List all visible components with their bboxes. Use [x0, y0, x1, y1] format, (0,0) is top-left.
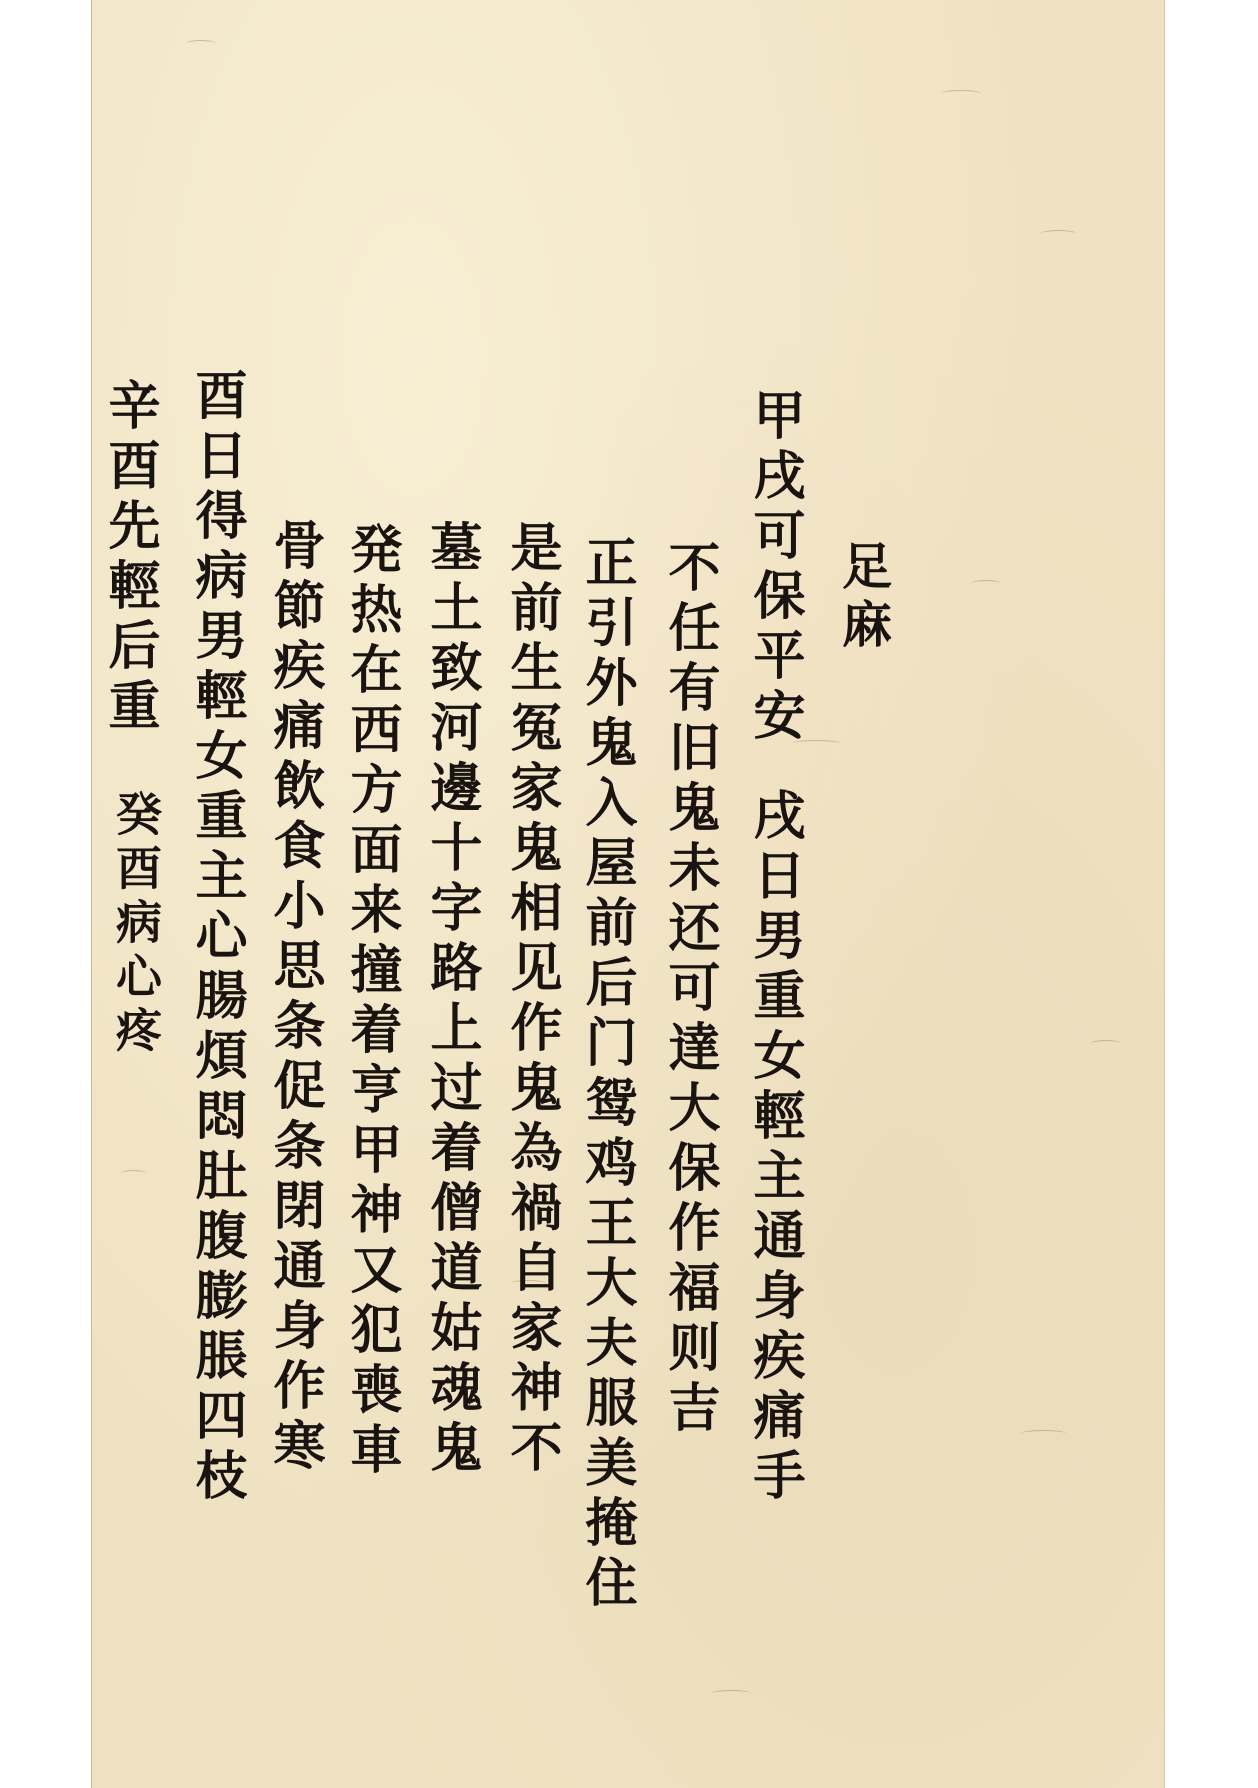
- paper-fiber: [121, 1170, 146, 1177]
- text-column-1: 甲戌可保平安戌日男重女輕主通身疾痛手: [748, 388, 800, 1508]
- column-text: 不任有旧鬼未还可達大保作福则吉: [659, 540, 720, 1440]
- paper-fiber: [971, 580, 1001, 587]
- column-text: 墓土致河邊十字路上过着僧道姑魂鬼: [421, 520, 482, 1480]
- column-text: 是前生冤家鬼相见作鬼為禍自家神不: [501, 520, 562, 1480]
- heading-text: 足麻: [834, 540, 893, 656]
- paper-fiber: [711, 1690, 751, 1697]
- column-text: 発热在西方面来撞着亨甲神又犯喪車: [341, 522, 402, 1482]
- column-text: 甲戌可保平安: [744, 388, 805, 748]
- text-column-7: 骨節疾痛飲食小思条促条閉通身作寒: [268, 518, 320, 1478]
- paper-fiber: [186, 40, 216, 47]
- text-column-4: 是前生冤家鬼相见作鬼為禍自家神不: [505, 520, 557, 1480]
- column-text: 骨節疾痛飲食小思条促条閉通身作寒: [264, 518, 325, 1478]
- paper-fiber: [1021, 1430, 1066, 1437]
- text-column-5: 墓土致河邊十字路上过着僧道姑魂鬼: [425, 520, 477, 1480]
- text-column-3: 正引外鬼入屋前后门鸳鸡王大夫服美掩住: [580, 535, 632, 1615]
- column-text: 辛酉先輕后重: [99, 378, 160, 738]
- text-column-2: 不任有旧鬼未还可達大保作福则吉: [663, 540, 715, 1440]
- paper-fiber: [1041, 230, 1076, 237]
- text-column-8: 酉日得病男輕女重主心腸煩悶肚腹膨脹四枝: [190, 368, 242, 1508]
- paper-fiber: [1091, 1040, 1121, 1047]
- text-column-9: 辛酉先輕后重: [103, 378, 155, 738]
- text-column-9-note: 癸酉病心疼: [113, 790, 159, 1060]
- text-column-6: 発热在西方面来撞着亨甲神又犯喪車: [345, 522, 397, 1482]
- column-text: 正引外鬼入屋前后门鸳鸡王大夫服美掩住: [576, 535, 637, 1615]
- section-heading: 足麻: [838, 540, 888, 656]
- column-text: 酉日得病男輕女重主心腸煩悶肚腹膨脹四枝: [186, 368, 247, 1508]
- paper-fiber: [941, 90, 981, 97]
- column-text: 戌日男重女輕主通身疾痛手: [744, 788, 805, 1508]
- column-text: 癸酉病心疼: [109, 790, 163, 1060]
